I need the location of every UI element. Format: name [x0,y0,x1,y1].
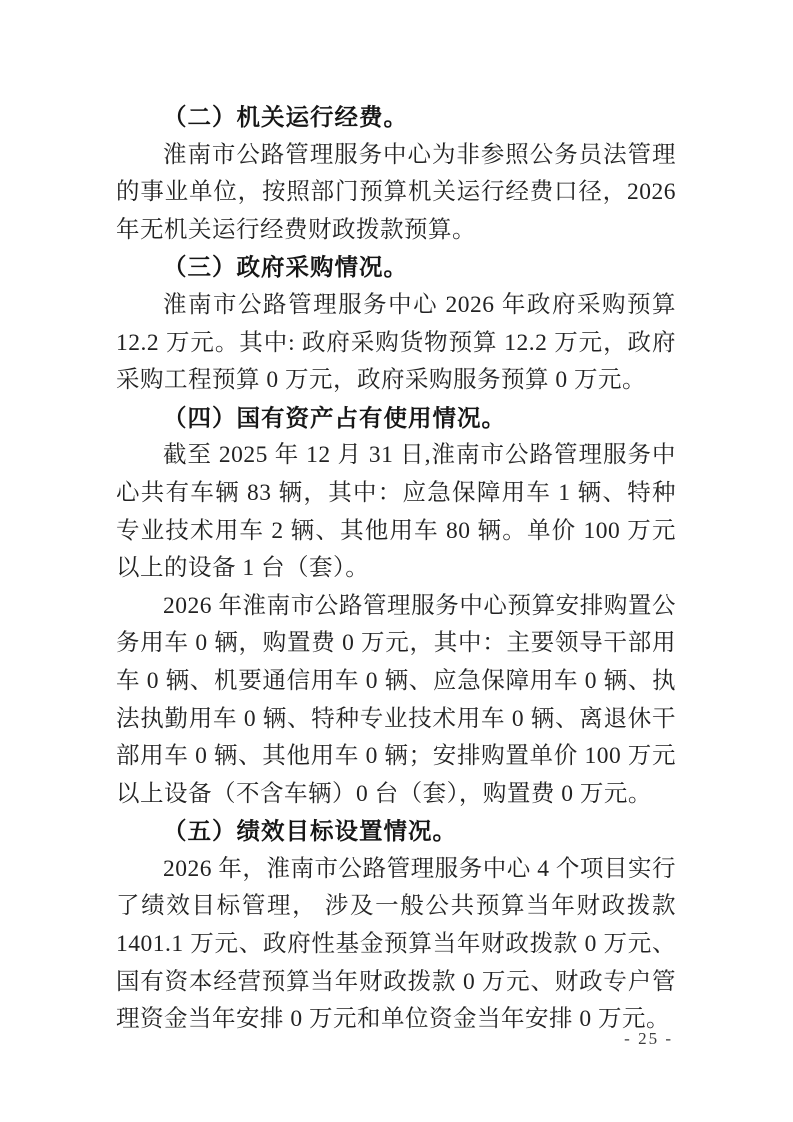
page-number: - 25 - [624,1029,673,1049]
document-body: （二）机关运行经费。 淮南市公路管理服务中心为非参照公务员法管理的事业单位，按照… [116,99,676,1039]
section-heading-performance-targets: （五）绩效目标设置情况。 [116,813,676,851]
document-page: （二）机关运行经费。 淮南市公路管理服务中心为非参照公务员法管理的事业单位，按照… [0,0,793,1122]
section-heading-government-procurement: （三）政府采购情况。 [116,249,676,287]
paragraph-government-procurement: 淮南市公路管理服务中心 2026 年政府采购预算 12.2 万元。其中: 政府采… [116,287,676,400]
section-heading-state-assets: （四）国有资产占有使用情况。 [116,400,676,438]
paragraph-state-assets-vehicles: 截至 2025 年 12 月 31 日,淮南市公路管理服务中心共有车辆 83 辆… [116,437,676,587]
paragraph-state-assets-purchase-plan: 2026 年淮南市公路管理服务中心预算安排购置公务用车 0 辆，购置费 0 万元… [116,588,676,814]
paragraph-performance-targets: 2026 年，淮南市公路管理服务中心 4 个项目实行了绩效目标管理， 涉及一般公… [116,851,676,1039]
section-heading-agency-operating-funds: （二）机关运行经费。 [116,99,676,137]
paragraph-agency-operating-funds: 淮南市公路管理服务中心为非参照公务员法管理的事业单位，按照部门预算机关运行经费口… [116,137,676,250]
